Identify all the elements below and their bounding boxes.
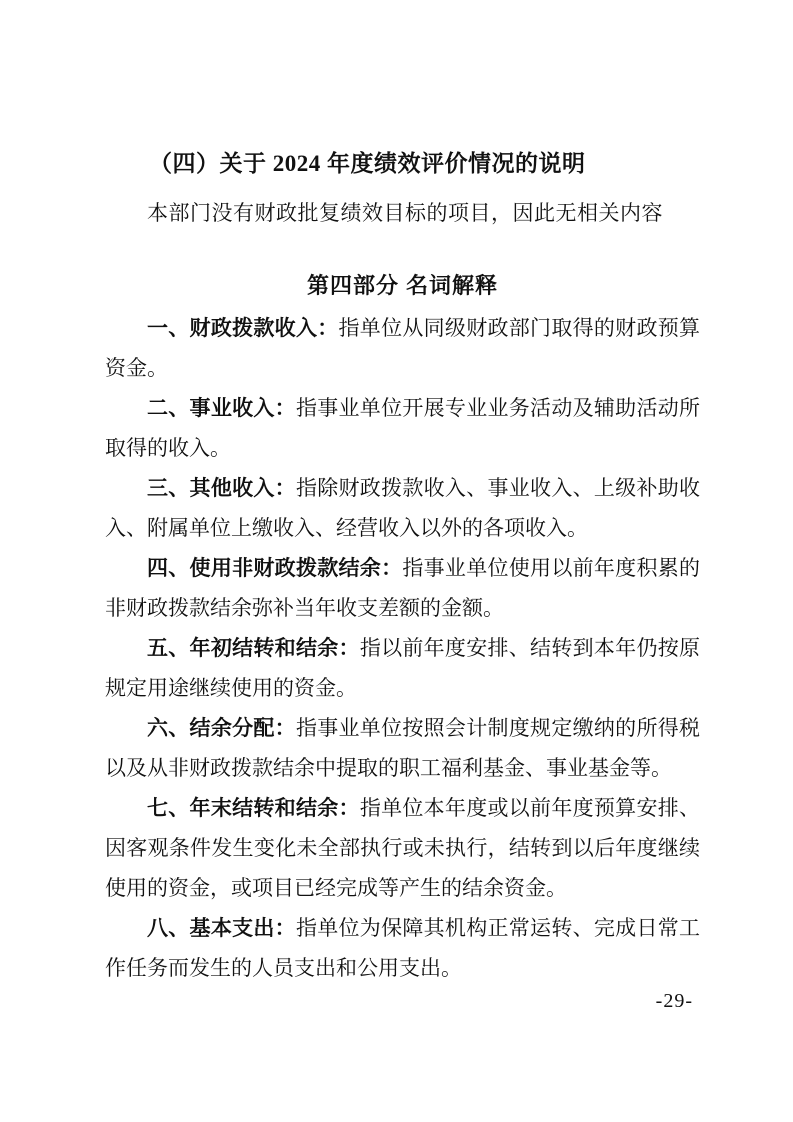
term-label: 八、基本支出： xyxy=(147,916,296,940)
document-page: （四）关于 2024 年度绩效评价情况的说明 本部门没有财政批复绩效目标的项目，… xyxy=(0,0,793,1122)
term-label: 三、其他收入： xyxy=(147,476,296,500)
section-body-text: 本部门没有财政批复绩效目标的项目，因此无相关内容 xyxy=(105,196,700,230)
term-label: 一、财政拨款收入： xyxy=(147,316,339,340)
page-number: -29- xyxy=(656,990,693,1013)
document-content: （四）关于 2024 年度绩效评价情况的说明 本部门没有财政批复绩效目标的项目，… xyxy=(105,146,700,988)
section-heading: （四）关于 2024 年度绩效评价情况的说明 xyxy=(105,146,700,182)
part4-title: 第四部分 名词解释 xyxy=(105,270,700,302)
term-item: 六、结余分配：指事业单位按照会计制度规定缴纳的所得税以及从非财政拨款结余中提取的… xyxy=(105,708,700,788)
term-item: 一、财政拨款收入：指单位从同级财政部门取得的财政预算资金。 xyxy=(105,308,700,388)
term-label: 六、结余分配： xyxy=(147,716,296,740)
term-item: 八、基本支出：指单位为保障其机构正常运转、完成日常工作任务而发生的人员支出和公用… xyxy=(105,908,700,988)
term-item: 三、其他收入：指除财政拨款收入、事业收入、上级补助收入、附属单位上缴收入、经营收… xyxy=(105,468,700,548)
term-label: 二、事业收入： xyxy=(147,396,296,420)
term-item: 二、事业收入：指事业单位开展专业业务活动及辅助活动所取得的收入。 xyxy=(105,388,700,468)
term-item: 七、年末结转和结余：指单位本年度或以前年度预算安排、因客观条件发生变化未全部执行… xyxy=(105,788,700,908)
term-item: 四、使用非财政拨款结余：指事业单位使用以前年度积累的非财政拨款结余弥补当年收支差… xyxy=(105,548,700,628)
term-label: 四、使用非财政拨款结余： xyxy=(147,556,402,580)
term-label: 五、年初结转和结余： xyxy=(147,636,360,660)
term-label: 七、年末结转和结余： xyxy=(147,796,360,820)
glossary-terms: 一、财政拨款收入：指单位从同级财政部门取得的财政预算资金。 二、事业收入：指事业… xyxy=(105,308,700,988)
term-item: 五、年初结转和结余：指以前年度安排、结转到本年仍按原规定用途继续使用的资金。 xyxy=(105,628,700,708)
